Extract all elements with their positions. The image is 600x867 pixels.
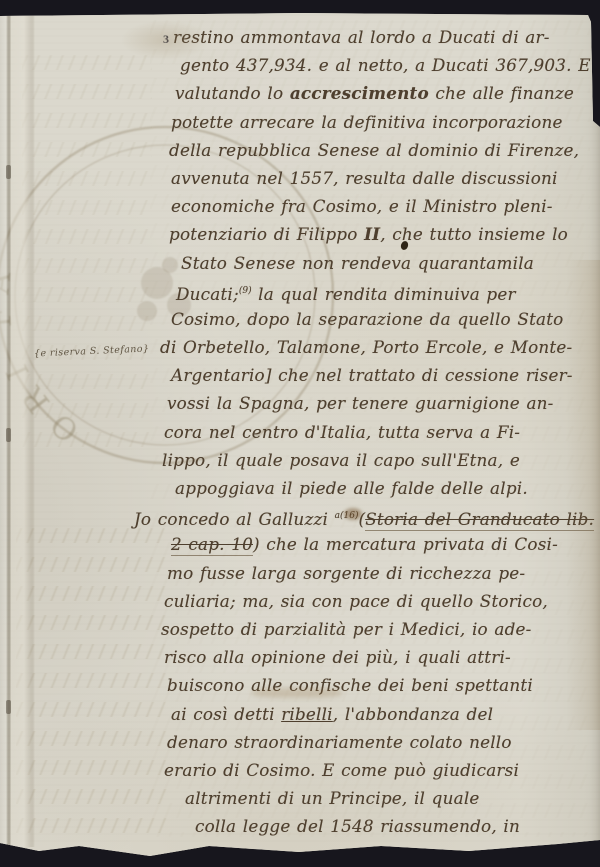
manuscript-line: Jo concedo al Galluzzi a(16)(Storia del … [0, 502, 600, 530]
manuscript-line: ai così detti ribelli, l'abbondanza del [0, 700, 600, 728]
manuscript-segment: gento 437,934. e al netto, a Ducati 367,… [180, 55, 591, 75]
manuscript-line: della repubblica Senese al dominio di Fi… [0, 136, 600, 164]
manuscript-segment: ) che la mercatura privata di Cosi- [253, 534, 558, 554]
manuscript-line: potenziario di Filippo II, che tutto ins… [0, 220, 600, 248]
manuscript-segment: potenziario di Filippo [169, 224, 364, 244]
manuscript-segment: ai così detti [171, 704, 281, 724]
manuscript-segment: valutando lo [175, 83, 290, 103]
manuscript-line: economiche fra Cosimo, e il Ministro ple… [0, 192, 600, 220]
manuscript-segment: vossi la Spagna, per tenere guarnigione … [167, 393, 554, 413]
manuscript-line: erario di Cosimo. E come può giudicarsi [0, 756, 600, 784]
manuscript-segment: restino ammontava al lordo a Ducati di a… [173, 27, 550, 47]
manuscript-segment: potette arrecare la definitiva incorpora… [171, 112, 563, 132]
manuscript-line: gento 437,934. e al netto, a Ducati 367,… [0, 51, 600, 79]
manuscript-segment: di Orbetello, Talamone, Porto Ercole, e … [160, 337, 572, 357]
manuscript-segment: Argentario] che nel trattato di cessione… [171, 365, 573, 385]
manuscript-line: risco alla opinione dei più, i quali att… [0, 643, 600, 671]
manuscript-segment: avvenuta nel 1557, resulta dalle discuss… [171, 168, 558, 188]
manuscript-segment: culiaria; ma, sia con pace di quello Sto… [164, 591, 548, 611]
manuscript-line: lippo, il quale posava il capo sull'Etna… [0, 446, 600, 474]
manuscript-segment: , che tutto insieme lo [380, 224, 568, 244]
manuscript-segment-strike: 2 cap. 10 [171, 534, 253, 556]
manuscript-page: ORI FA 3 {e riserva S. Stefano} restino … [0, 0, 600, 867]
manuscript-segment: appoggiava il piede alle falde delle alp… [175, 478, 528, 498]
manuscript-segment: lippo, il quale posava il capo sull'Etna… [162, 450, 520, 470]
manuscript-line: cora nel centro d'Italia, tutta serva a … [0, 418, 600, 446]
manuscript-segment-strike: Storia del Granducato lib. [365, 509, 594, 531]
manuscript-segment: mo fusse larga sorgente di ricchezza pe- [167, 563, 525, 583]
manuscript-segment: Jo concedo al Galluzzi [134, 509, 335, 529]
manuscript-segment: economiche fra Cosimo, e il Ministro ple… [171, 196, 553, 216]
manuscript-line: Cosimo, dopo la separazione da quello St… [0, 305, 600, 333]
manuscript-segment: , l'abbondanza del [333, 704, 493, 724]
manuscript-segment: Stato Senese non rendeva quarantamila [181, 253, 534, 273]
manuscript-line: di Orbetello, Talamone, Porto Ercole, e … [0, 333, 600, 361]
manuscript-line: valutando lo accrescimento che alle fina… [0, 79, 600, 107]
manuscript-line: restino ammontava al lordo a Ducati di a… [0, 23, 600, 51]
manuscript-segment-sup: (9) [239, 286, 252, 296]
manuscript-line: appoggiava il piede alle falde delle alp… [0, 474, 600, 502]
manuscript-line: altrimenti di un Principe, il quale [0, 784, 600, 812]
manuscript-line: potette arrecare la definitiva incorpora… [0, 108, 600, 136]
manuscript-segment: erario di Cosimo. E come può giudicarsi [164, 760, 519, 780]
manuscript-segment: che alle finanze [429, 83, 574, 103]
manuscript-segment: denaro straordinariamente colato nello [167, 732, 512, 752]
manuscript-segment: buiscono alle confische dei beni spettan… [167, 675, 533, 695]
manuscript-line: Ducati;(9) la qual rendita diminuiva per [0, 277, 600, 305]
manuscript-line: Argentario] che nel trattato di cessione… [0, 361, 600, 389]
manuscript-segment: della repubblica Senese al dominio di Fi… [169, 140, 579, 160]
manuscript-line: denaro straordinariamente colato nello [0, 728, 600, 756]
manuscript-line: avvenuta nel 1557, resulta dalle discuss… [0, 164, 600, 192]
manuscript-segment-sup: a(16) [335, 511, 359, 521]
manuscript-line: sospetto di parzialità per i Medici, io … [0, 615, 600, 643]
manuscript-line: culiaria; ma, sia con pace di quello Sto… [0, 587, 600, 615]
manuscript-segment: la qual rendita diminuiva per [252, 284, 516, 304]
manuscript-segment: Ducati; [176, 284, 239, 304]
manuscript-line: vossi la Spagna, per tenere guarnigione … [0, 389, 600, 417]
manuscript-line: Stato Senese non rendeva quarantamila [0, 249, 600, 277]
manuscript-segment-underline: ribelli [281, 704, 333, 724]
manuscript-line: mo fusse larga sorgente di ricchezza pe- [0, 559, 600, 587]
manuscript-segment-bold: accrescimento [290, 83, 429, 103]
manuscript-segment: altrimenti di un Principe, il quale [185, 788, 480, 808]
manuscript-line: 2 cap. 10) che la mercatura privata di C… [0, 530, 600, 558]
scanned-manuscript: { "scan": { "background_color": "#17161d… [0, 0, 600, 867]
manuscript-segment: Cosimo, dopo la separazione da quello St… [171, 309, 563, 329]
manuscript-segment: cora nel centro d'Italia, tutta serva a … [164, 422, 520, 442]
manuscript-line: colla legge del 1548 riassumendo, in [0, 812, 600, 840]
manuscript-segment: sospetto di parzialità per i Medici, io … [161, 619, 532, 639]
manuscript-segment: risco alla opinione dei più, i quali att… [164, 647, 511, 667]
manuscript-segment-bold: II [364, 224, 380, 244]
manuscript-text: restino ammontava al lordo a Ducati di a… [0, 23, 600, 840]
manuscript-line: buiscono alle confische dei beni spettan… [0, 671, 600, 699]
manuscript-segment: colla legge del 1548 riassumendo, in [195, 816, 520, 836]
